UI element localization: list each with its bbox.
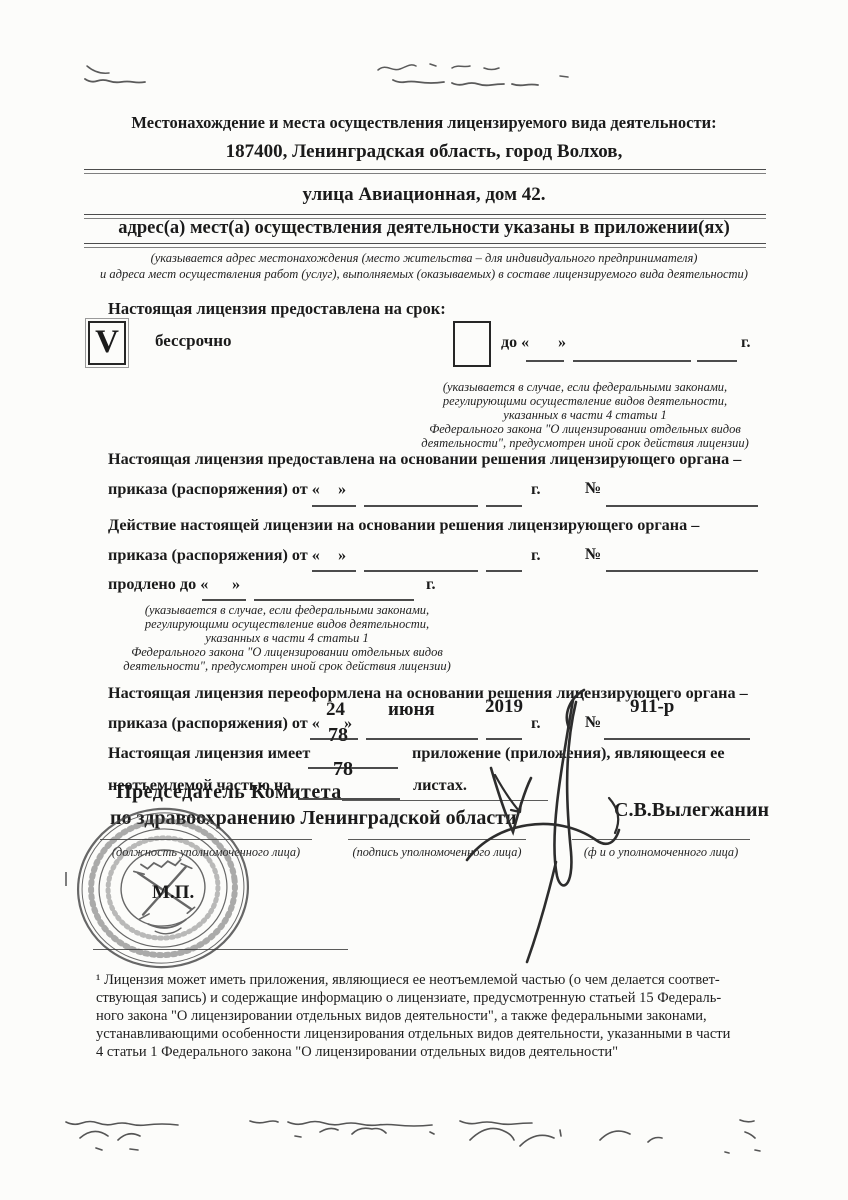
year-abbr: г. xyxy=(426,575,436,593)
numero-sign: № xyxy=(585,545,601,563)
signature-label-position: (должность уполномоченного лица) xyxy=(96,845,316,860)
footnote-line: устанавливающими особенности лицензирова… xyxy=(96,1025,730,1043)
order-clause-prefix: приказа (распоряжения) от « xyxy=(108,480,320,498)
footnote-line: ¹ Лицензия может иметь приложения, являю… xyxy=(96,971,720,989)
footnote-line: 4 статьи 1 Федерального закона "О лиценз… xyxy=(96,1043,618,1061)
fill-line xyxy=(310,738,358,740)
until-checkbox xyxy=(453,321,491,367)
footnote-line: ного закона "О лицензировании отдельных … xyxy=(96,1007,707,1025)
action-clause: Действие настоящей лицензии на основании… xyxy=(108,516,699,534)
fill-line xyxy=(606,570,758,572)
year-abbr: г. xyxy=(531,714,541,732)
prolong-hint-line: регулирующими осуществление видов деятел… xyxy=(92,617,482,632)
address-line-2: улица Авиационная, дом 42. xyxy=(84,184,764,205)
scanned-license-page: Местонахождение и места осуществления ли… xyxy=(0,0,848,1200)
location-header: Местонахождение и места осуществления ли… xyxy=(84,114,764,132)
fill-line xyxy=(604,738,750,740)
reissue-day: 24 xyxy=(326,699,345,720)
perpetual-label: бессрочно xyxy=(155,331,232,350)
scan-artifacts-bottom-icon xyxy=(0,1100,848,1200)
perpetual-checkbox: V xyxy=(88,321,126,365)
signer-title-line2: по здравоохранению Ленинградской области xyxy=(110,807,517,829)
signer-name: С.В.Вылегжанин xyxy=(614,799,769,821)
prolong-hint-line: указанных в части 4 статьи 1 xyxy=(92,631,482,646)
signature-label-name: (ф и о уполномоченного лица) xyxy=(568,845,754,860)
footnote-line: ствующая запись) и содержащие информацию… xyxy=(96,989,721,1007)
until-prefix: до « xyxy=(501,334,529,352)
appendix-count-prefix: Настоящая лицензия имеет xyxy=(108,744,310,762)
signature-line xyxy=(348,839,526,840)
term-hint-line: указанных в части 4 статьи 1 xyxy=(400,408,770,423)
fill-line xyxy=(308,767,398,769)
fill-line xyxy=(364,570,478,572)
fill-line xyxy=(312,570,356,572)
scan-artifacts-top-icon xyxy=(0,0,848,100)
fill-line xyxy=(486,570,522,572)
reissue-month: июня xyxy=(388,699,435,720)
signature-line xyxy=(572,839,750,840)
fill-line xyxy=(342,800,548,801)
order-clause-prefix: приказа (распоряжения) от « xyxy=(108,546,320,564)
fill-line xyxy=(606,505,758,507)
fill-line xyxy=(573,360,691,362)
reissue-number: 911-р xyxy=(630,696,674,717)
handwritten-number: 78 xyxy=(333,758,353,780)
horizontal-rule xyxy=(84,169,766,174)
prolong-hint-line: (указывается в случае, если федеральными… xyxy=(92,603,482,618)
scan-tick-icon xyxy=(0,0,80,1000)
fill-line xyxy=(486,505,522,507)
term-hint-line: Федерального закона "О лицензировании от… xyxy=(400,422,770,437)
term-label: Настоящая лицензия предоставлена на срок… xyxy=(108,300,446,318)
prolonged-prefix: продлено до « xyxy=(108,575,208,593)
signature-label-signature: (подпись уполномоченного лица) xyxy=(344,845,530,860)
numero-sign: № xyxy=(585,713,601,731)
handwritten-number: 78 xyxy=(328,724,348,746)
order-clause-prefix: приказа (распоряжения) от « xyxy=(108,714,320,732)
term-hint-line: (указывается в случае, если федеральными… xyxy=(400,380,770,395)
address-hint-line: и адреса мест осуществления работ (услуг… xyxy=(84,267,764,282)
term-hint-line: регулирующими осуществление видов деятел… xyxy=(400,394,770,409)
signature-line xyxy=(100,839,312,840)
prolong-hint-line: Федерального закона "О лицензировании от… xyxy=(92,645,482,660)
appendix-count-suffix: приложение (приложения), являющееся ее xyxy=(412,744,725,762)
fill-line xyxy=(486,738,522,740)
fill-line xyxy=(366,738,478,740)
fill-line xyxy=(364,505,478,507)
stamp-place-label: М.П. xyxy=(152,882,194,903)
term-hint-line: деятельности", предусмотрен иной срок де… xyxy=(400,436,770,451)
appendix-note: адрес(а) мест(а) осуществления деятельно… xyxy=(84,218,764,239)
year-abbr: г. xyxy=(531,546,541,564)
numero-sign: № xyxy=(585,479,601,497)
reissue-year: 2019 xyxy=(485,696,523,717)
quote-close: » xyxy=(338,480,346,498)
quote-close: » xyxy=(558,334,566,352)
signer-title-line1: Председатель Комитета xyxy=(116,781,342,803)
quote-close: » xyxy=(232,575,240,593)
fill-line xyxy=(526,360,564,362)
year-abbr: г. xyxy=(741,334,750,352)
fill-line xyxy=(254,599,414,601)
horizontal-rule xyxy=(84,243,766,248)
fill-line xyxy=(697,360,737,362)
fill-line xyxy=(312,505,356,507)
sheets-label: листах. xyxy=(413,776,467,794)
granted-clause: Настоящая лицензия предоставлена на осно… xyxy=(108,450,741,468)
footnote-separator xyxy=(93,949,348,950)
address-line-1: 187400, Ленинградская область, город Вол… xyxy=(84,141,764,162)
prolong-hint-line: деятельности", предусмотрен иной срок де… xyxy=(92,659,482,674)
year-abbr: г. xyxy=(531,480,541,498)
quote-close: » xyxy=(338,546,346,564)
address-hint-line: (указывается адрес местонахождения (мест… xyxy=(84,251,764,266)
fill-line xyxy=(202,599,246,601)
perpetual-checkmark: V xyxy=(90,323,124,361)
